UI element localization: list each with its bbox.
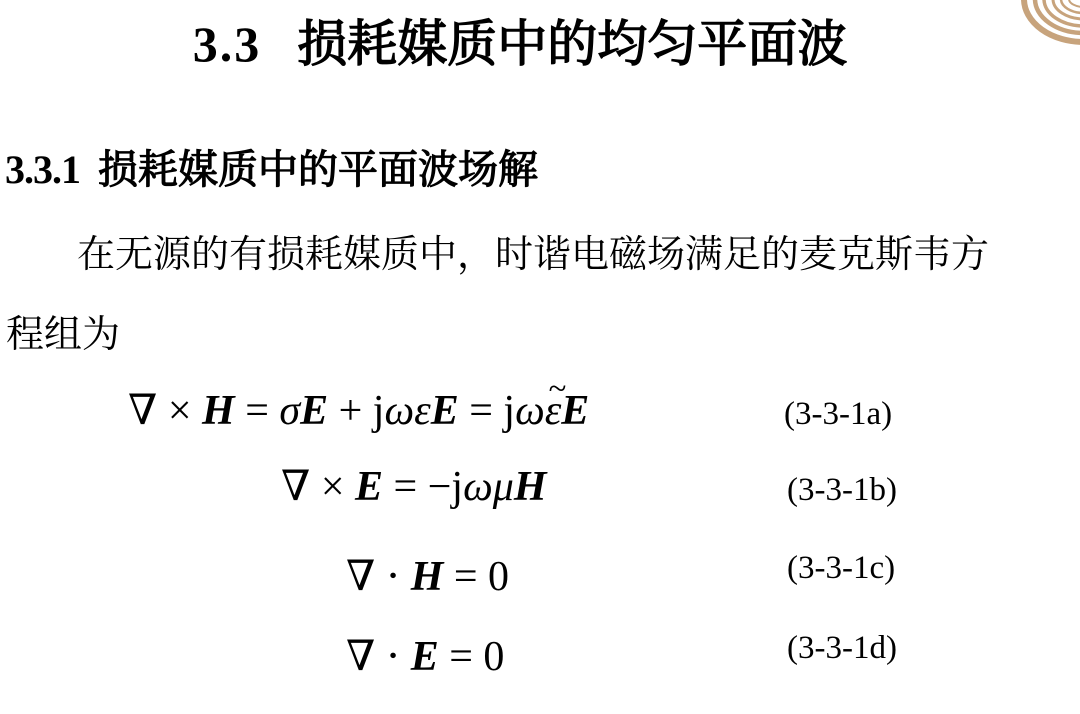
divergence-operator: ∇ ⋅ — [346, 634, 411, 680]
j-symbol: j — [373, 388, 385, 434]
vector-E: E — [300, 388, 328, 434]
j-symbol: j — [451, 464, 463, 510]
vector-E: E — [355, 464, 383, 510]
vector-H: H — [202, 388, 235, 434]
equation-3-3-1d: ∇ ⋅ E = 0 — [346, 636, 504, 678]
equation-3-3-1c: ∇ ⋅ H = 0 — [346, 556, 509, 598]
equals-minus-sign: = − — [383, 464, 451, 510]
curl-operator: ∇ × — [128, 388, 202, 434]
vector-H: H — [514, 464, 547, 510]
sigma-symbol: σ — [279, 388, 300, 434]
equals-sign: = — [235, 388, 280, 434]
paragraph-line-2: 程组为 — [6, 313, 120, 359]
vector-H: H — [411, 554, 444, 600]
paragraph-line-1: 在无源的有损耗媒质中，时谐电磁场满足的麦克斯韦方 — [77, 233, 989, 279]
tilde-accent: ~ — [549, 373, 567, 406]
equation-label-3-3-1a: (3-3-1a) — [784, 398, 892, 431]
j-symbol: j — [503, 388, 515, 434]
vector-E: E — [411, 634, 439, 680]
equation-3-3-1b: ∇ × E = −jωμH — [281, 466, 547, 508]
slide-title-text: 损耗媒质中的均匀平面波 — [297, 16, 847, 72]
equation-label-3-3-1b: (3-3-1b) — [787, 474, 897, 507]
equals-sign: = — [459, 388, 504, 434]
equation-3-3-1a: ∇ × H = σE + jωεE = jω~εE — [128, 390, 589, 432]
divergence-operator: ∇ ⋅ — [346, 554, 411, 600]
vector-E: E — [431, 388, 459, 434]
plus-sign: + — [328, 388, 373, 434]
equals-zero: = 0 — [439, 634, 505, 680]
omega-symbol: ω — [515, 388, 545, 434]
omega-mu-symbols: ωμ — [463, 464, 514, 510]
equation-label-3-3-1c: (3-3-1c) — [787, 552, 895, 585]
slide-title-number: 3.3 — [193, 16, 262, 72]
omega-epsilon-symbols: ωε — [384, 388, 430, 434]
section-heading-text: 损耗媒质中的平面波场解 — [98, 147, 538, 192]
section-heading: 3.3.1损耗媒质中的平面波场解 — [5, 146, 538, 194]
section-heading-number: 3.3.1 — [5, 147, 80, 192]
curl-operator: ∇ × — [281, 464, 355, 510]
equals-zero: = 0 — [443, 554, 509, 600]
slide: 3.3损耗媒质中的均匀平面波 3.3.1损耗媒质中的平面波场解 在无源的有损耗媒… — [0, 0, 1080, 714]
epsilon-tilde-symbol: ~ε — [545, 390, 562, 432]
equation-label-3-3-1d: (3-3-1d) — [787, 632, 897, 665]
slide-title: 3.3损耗媒质中的均匀平面波 — [0, 14, 1040, 74]
